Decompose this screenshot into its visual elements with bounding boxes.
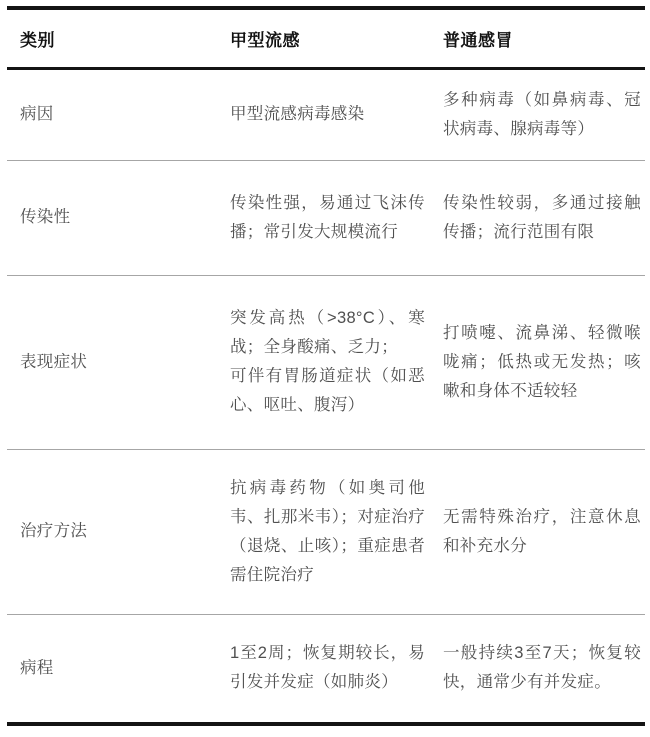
table-row-cause: 病因 甲型流感病毒感染 多种病毒（如鼻病毒、冠状病毒、腺病毒等） — [7, 68, 645, 160]
table-row-infectivity: 传染性 传染性强，易通过飞沫传播；常引发大规模流行 传染性较弱，多通过接触传播；… — [7, 160, 645, 275]
table-row-course: 病程 1至2周；恢复期较长，易引发并发症（如肺炎） 一般持续3至7天；恢复较快，… — [7, 614, 645, 724]
table-row-symptoms: 表现症状 突发高热（>38°C）、寒战；全身酸痛、乏力； 可伴有胃肠道症状（如恶… — [7, 275, 645, 449]
cell-flu-infectivity: 传染性强，易通过飞沫传播；常引发大规模流行 — [230, 160, 443, 275]
cell-flu-treatment: 抗病毒药物（如奥司他韦、扎那米韦）；对症治疗（退烧、止咳）；重症患者需住院治疗 — [230, 449, 443, 614]
cell-cold-treatment: 无需特殊治疗，注意休息和补充水分 — [443, 449, 645, 614]
table-row-treatment: 治疗方法 抗病毒药物（如奥司他韦、扎那米韦）；对症治疗（退烧、止咳）；重症患者需… — [7, 449, 645, 614]
cell-cold-infectivity: 传染性较弱，多通过接触传播；流行范围有限 — [443, 160, 645, 275]
cell-category-treatment: 治疗方法 — [7, 449, 230, 614]
column-header-category: 类别 — [7, 8, 230, 68]
table-header-row: 类别 甲型流感 普通感冒 — [7, 8, 645, 68]
cell-flu-course: 1至2周；恢复期较长，易引发并发症（如肺炎） — [230, 614, 443, 724]
cell-category-infectivity: 传染性 — [7, 160, 230, 275]
cell-cold-cause: 多种病毒（如鼻病毒、冠状病毒、腺病毒等） — [443, 68, 645, 160]
comparison-table-page: 类别 甲型流感 普通感冒 病因 甲型流感病毒感染 多种病毒（如鼻病毒、冠状病毒、… — [0, 0, 650, 737]
column-header-influenza-a: 甲型流感 — [230, 8, 443, 68]
cell-cold-course: 一般持续3至7天；恢复较快，通常少有并发症。 — [443, 614, 645, 724]
cell-category-course: 病程 — [7, 614, 230, 724]
cell-flu-cause: 甲型流感病毒感染 — [230, 68, 443, 160]
column-header-common-cold: 普通感冒 — [443, 8, 645, 68]
flu-vs-cold-table: 类别 甲型流感 普通感冒 病因 甲型流感病毒感染 多种病毒（如鼻病毒、冠状病毒、… — [7, 6, 645, 726]
cell-cold-symptoms: 打喷嚏、流鼻涕、轻微喉咙痛；低热或无发热；咳嗽和身体不适较轻 — [443, 275, 645, 449]
cell-category-cause: 病因 — [7, 68, 230, 160]
cell-category-symptoms: 表现症状 — [7, 275, 230, 449]
cell-flu-symptoms: 突发高热（>38°C）、寒战；全身酸痛、乏力； 可伴有胃肠道症状（如恶心、呕吐、… — [230, 275, 443, 449]
